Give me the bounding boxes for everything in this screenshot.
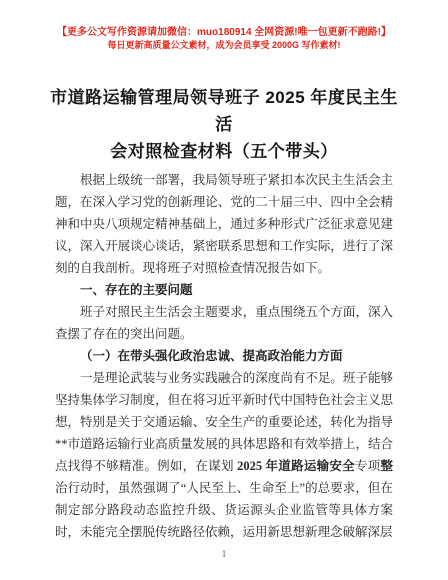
document-title: 市道路运输管理局领导班子 2025 年度民主生活 会对照检查材料（五个带头） <box>44 84 404 165</box>
text-run: 治行动时，虽然强调了“人民至上、生命至上”的总要求，但在制定部分路段动态监控升级… <box>55 481 393 539</box>
text-run: 班子对照民主生活会主题要求，重点围绕五个方面，深入查摆了存在的突出问题。 <box>55 305 393 341</box>
text-run: 一是理论武装与业务实践融合的深度尚有不足。班子能够坚持集体学习制度，但在将习近平… <box>55 371 393 473</box>
text-run: 专项 <box>355 459 381 473</box>
text-run: （一）在带头强化政治忠诚、提高政治能力方面 <box>80 349 343 363</box>
text-run: 整 <box>380 459 393 473</box>
document-body: 根据上级统一部署，我局领导班子紧扣本次民主生活会主题，在深入学习党的创新理论、党… <box>55 169 393 543</box>
text-run: 一、存在的主要问题 <box>80 283 193 297</box>
paragraph-intro: 根据上级统一部署，我局领导班子紧扣本次民主生活会主题，在深入学习党的创新理论、党… <box>55 169 393 279</box>
text-run: 根据上级统一部署，我局领导班子紧扣本次民主生活会主题，在深入学习党的创新理论、党… <box>55 173 393 275</box>
header-ad-line2: 每日更新高质量公文素材，成为会员享受 2000G 写作素材! <box>0 39 448 51</box>
page-number: 1 <box>0 549 448 560</box>
text-run: 2025 年道路运输安全 <box>237 459 355 473</box>
heading-main-problems: 一、存在的主要问题 <box>55 279 393 301</box>
heading-political-loyalty: （一）在带头强化政治忠诚、提高政治能力方面 <box>55 345 393 367</box>
document-title-line1: 市道路运输管理局领导班子 2025 年度民主生活 <box>44 84 404 138</box>
paragraph-issue-one: 一是理论武装与业务实践融合的深度尚有不足。班子能够坚持集体学习制度，但在将习近平… <box>55 367 393 543</box>
document-page: 【更多公文写作资源请加微信：muo180914 全网资源!唯一包更新不跑路!】 … <box>0 0 448 580</box>
paragraph-problems-overview: 班子对照民主生活会主题要求，重点围绕五个方面，深入查摆了存在的突出问题。 <box>55 301 393 345</box>
header-ad: 【更多公文写作资源请加微信：muo180914 全网资源!唯一包更新不跑路!】 … <box>0 0 448 51</box>
document-title-line2: 会对照检查材料（五个带头） <box>44 138 404 165</box>
header-ad-line1: 【更多公文写作资源请加微信：muo180914 全网资源!唯一包更新不跑路!】 <box>0 26 448 39</box>
